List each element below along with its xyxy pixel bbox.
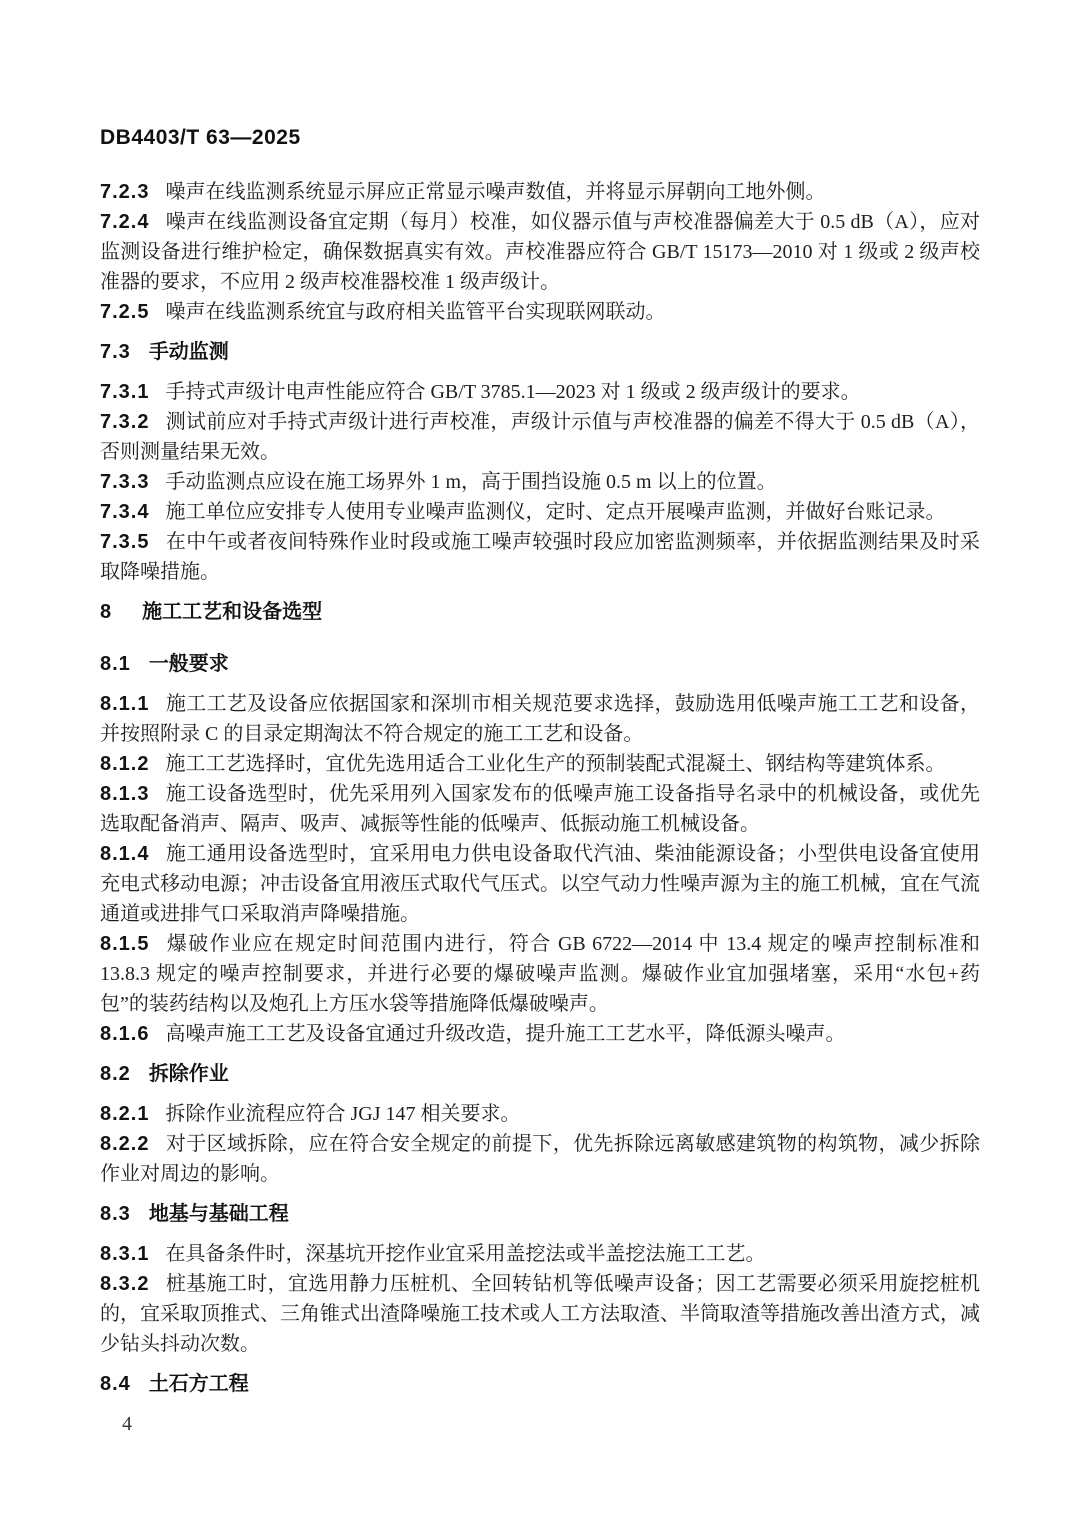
clause-text: 施工单位应安排专人使用专业噪声监测仪，定时、定点开展噪声监测，并做好台账记录。 [165,501,945,523]
chapter-title: 施工工艺和设备选型 [142,601,322,623]
clause-8-1-6: 8.1.6高噪声施工工艺及设备宜通过升级改造，提升施工工艺水平，降低源头噪声。 [100,1019,980,1049]
section-number: 8.2 [100,1063,131,1085]
section-heading-7-3: 7.3手动监测 [100,337,980,367]
clause-text: 测试前应对手持式声级计进行声校准，声级计示值与声校准器的偏差不得大于 0.5 d… [100,411,980,463]
clause-number: 8.2.1 [100,1103,149,1125]
clause-number: 7.3.2 [100,411,149,433]
clause-8-1-4: 8.1.4施工通用设备选型时，宜采用电力供电设备取代汽油、柴油能源设备；小型供电… [100,839,980,929]
page-number: 4 [100,1409,980,1439]
clause-text: 爆破作业应在规定时间范围内进行，符合 GB 6722—2014 中 13.4 规… [100,933,980,1015]
section-number: 7.3 [100,341,131,363]
clause-7-2-3: 7.2.3噪声在线监测系统显示屏应正常显示噪声数值，并将显示屏朝向工地外侧。 [100,177,980,207]
clause-number: 7.3.4 [100,501,149,523]
clause-text: 施工工艺及设备应依据国家和深圳市相关规范要求选择，鼓励选用低噪声施工工艺和设备，… [100,693,980,745]
clause-text: 在具备条件时，深基坑开挖作业宜采用盖挖法或半盖挖法施工工艺。 [165,1243,765,1265]
clause-text: 施工工艺选择时，宜优先选用适合工业化生产的预制装配式混凝土、钢结构等建筑体系。 [165,753,945,775]
clause-number: 7.2.5 [100,301,149,323]
clause-number: 7.3.5 [100,531,149,553]
clause-text: 高噪声施工工艺及设备宜通过升级改造，提升施工工艺水平，降低源头噪声。 [165,1023,845,1045]
clause-number: 8.3.2 [100,1273,149,1295]
clause-number: 8.1.4 [100,843,149,865]
clause-text: 对于区域拆除，应在符合安全规定的前提下，优先拆除远离敏感建筑物的构筑物，减少拆除… [100,1133,980,1185]
clause-number: 8.1.6 [100,1023,149,1045]
clause-7-3-4: 7.3.4施工单位应安排专人使用专业噪声监测仪，定时、定点开展噪声监测，并做好台… [100,497,980,527]
clause-number: 7.2.4 [100,211,149,233]
clause-8-2-1: 8.2.1拆除作业流程应符合 JGJ 147 相关要求。 [100,1099,980,1129]
clause-text: 手持式声级计电声性能应符合 GB/T 3785.1—2023 对 1 级或 2 … [165,381,860,403]
section-title: 拆除作业 [149,1063,229,1085]
chapter-heading-8: 8施工工艺和设备选型 [100,597,980,627]
chapter-number: 8 [100,601,112,623]
section-heading-8-3: 8.3地基与基础工程 [100,1199,980,1229]
clause-number: 8.1.3 [100,783,149,805]
clause-text: 桩基施工时，宜选用静力压桩机、全回转钻机等低噪声设备；因工艺需要必须采用旋挖桩机… [100,1273,980,1355]
clause-8-2-2: 8.2.2对于区域拆除，应在符合安全规定的前提下，优先拆除远离敏感建筑物的构筑物… [100,1129,980,1189]
clause-number: 8.1.5 [100,933,149,955]
clause-text: 施工设备选型时，优先采用列入国家发布的低噪声施工设备指导名录中的机械设备，或优先… [100,783,980,835]
clause-7-3-3: 7.3.3手动监测点应设在施工场界外 1 m，高于围挡设施 0.5 m 以上的位… [100,467,980,497]
clause-number: 8.3.1 [100,1243,149,1265]
clause-8-1-5: 8.1.5爆破作业应在规定时间范围内进行，符合 GB 6722—2014 中 1… [100,929,980,1019]
section-title: 地基与基础工程 [149,1203,289,1225]
clause-text: 手动监测点应设在施工场界外 1 m，高于围挡设施 0.5 m 以上的位置。 [165,471,776,493]
clause-number: 8.2.2 [100,1133,149,1155]
section-number: 8.4 [100,1373,131,1395]
section-heading-8-1: 8.1一般要求 [100,649,980,679]
clause-text: 施工通用设备选型时，宜采用电力供电设备取代汽油、柴油能源设备；小型供电设备宜使用… [100,843,980,925]
document-body: 7.2.3噪声在线监测系统显示屏应正常显示噪声数值，并将显示屏朝向工地外侧。 7… [100,177,980,1399]
section-number: 8.3 [100,1203,131,1225]
clause-8-1-3: 8.1.3施工设备选型时，优先采用列入国家发布的低噪声施工设备指导名录中的机械设… [100,779,980,839]
clause-8-3-2: 8.3.2桩基施工时，宜选用静力压桩机、全回转钻机等低噪声设备；因工艺需要必须采… [100,1269,980,1359]
clause-number: 7.3.3 [100,471,149,493]
clause-text: 噪声在线监测系统显示屏应正常显示噪声数值，并将显示屏朝向工地外侧。 [165,181,825,203]
clause-7-2-5: 7.2.5噪声在线监测系统宜与政府相关监管平台实现联网联动。 [100,297,980,327]
clause-8-1-2: 8.1.2施工工艺选择时，宜优先选用适合工业化生产的预制装配式混凝土、钢结构等建… [100,749,980,779]
clause-7-2-4: 7.2.4噪声在线监测设备宜定期（每月）校准，如仪器示值与声校准器偏差大于 0.… [100,207,980,297]
page-content: DB4403/T 63—2025 7.2.3噪声在线监测系统显示屏应正常显示噪声… [100,0,980,1439]
clause-8-1-1: 8.1.1施工工艺及设备应依据国家和深圳市相关规范要求选择，鼓励选用低噪声施工工… [100,689,980,749]
section-heading-8-2: 8.2拆除作业 [100,1059,980,1089]
clause-text: 拆除作业流程应符合 JGJ 147 相关要求。 [165,1103,520,1125]
clause-number: 8.1.1 [100,693,149,715]
clause-7-3-1: 7.3.1手持式声级计电声性能应符合 GB/T 3785.1—2023 对 1 … [100,377,980,407]
clause-text: 噪声在线监测设备宜定期（每月）校准，如仪器示值与声校准器偏差大于 0.5 dB（… [100,211,980,293]
section-heading-8-4: 8.4土石方工程 [100,1369,980,1399]
section-title: 一般要求 [149,653,229,675]
clause-7-3-5: 7.3.5在中午或者夜间特殊作业时段或施工噪声较强时段应加密监测频率，并依据监测… [100,527,980,587]
clause-number: 7.3.1 [100,381,149,403]
clause-text: 在中午或者夜间特殊作业时段或施工噪声较强时段应加密监测频率，并依据监测结果及时采… [100,531,980,583]
doc-number: DB4403/T 63—2025 [100,126,980,150]
clause-number: 8.1.2 [100,753,149,775]
clause-8-3-1: 8.3.1在具备条件时，深基坑开挖作业宜采用盖挖法或半盖挖法施工工艺。 [100,1239,980,1269]
clause-7-3-2: 7.3.2测试前应对手持式声级计进行声校准，声级计示值与声校准器的偏差不得大于 … [100,407,980,467]
section-title: 土石方工程 [149,1373,249,1395]
section-number: 8.1 [100,653,131,675]
section-title: 手动监测 [149,341,229,363]
document-page: DB4403/T 63—2025 7.2.3噪声在线监测系统显示屏应正常显示噪声… [0,0,1080,1527]
clause-number: 7.2.3 [100,181,149,203]
clause-text: 噪声在线监测系统宜与政府相关监管平台实现联网联动。 [165,301,665,323]
